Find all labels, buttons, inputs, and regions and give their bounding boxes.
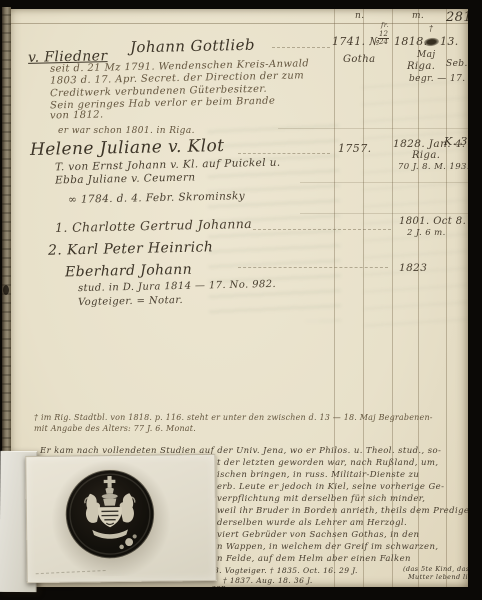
child2-name: 2. Karl Peter Heinrich	[48, 239, 213, 258]
bottom-note-line: 3. Vogteiger. † 1835. Oct. 16. 29 J.	[214, 566, 358, 575]
leader-line	[253, 229, 391, 230]
row-rule	[278, 128, 468, 129]
paragraph-fragment: erb. Leute er jedoch in Kiel, seine vorh…	[217, 482, 444, 492]
header-rule	[10, 23, 468, 24]
entry1-death-year: 1818.	[394, 35, 428, 48]
entry1-birth-fraction: 1224	[378, 31, 389, 46]
entry1-side-note: Seb.	[446, 59, 468, 69]
column-rule	[446, 9, 447, 587]
leader-line	[238, 267, 388, 268]
seal-emblem-graphic	[62, 467, 157, 562]
column-header-n: n.	[355, 11, 364, 21]
paragraph-fragment: n Wappen, in welchem der Greif im schwar…	[217, 542, 438, 552]
entry2-death-age: 70 J. 8. M. 193.	[398, 162, 468, 172]
entry2-line: T. von Ernst Johann v. Kl. auf Puickel u…	[55, 157, 281, 174]
entry2-name: Helene Juliane v. Klot	[30, 136, 225, 160]
seal-photo-card	[25, 454, 217, 583]
entry1-death-month: Maj	[417, 50, 436, 60]
entry2-birth-year: 1757.	[338, 142, 372, 155]
entry1-birth-sup: fr.	[381, 21, 389, 29]
paragraph-fragment: n Felde, auf dem Helm aber einen Falken	[217, 554, 411, 564]
entry2-line: Ebba Juliane v. Ceumern	[55, 172, 196, 187]
footnote-line: † im Rig. Stadtbl. von 1818. p. 116. ste…	[34, 413, 433, 422]
entry1-given-names: Johann Gottlieb	[130, 36, 255, 57]
paragraph-fragment: verpflichtung mit derselben für sich min…	[217, 494, 425, 504]
child1-name: 1. Charlotte Gertrud Johanna	[55, 216, 252, 235]
column-header-m: m.	[412, 11, 424, 21]
entry1-birth-year: 1741. №	[332, 35, 380, 48]
child2-study-line: stud. in D. Jura 1814 — 17. No. 982.	[78, 279, 276, 294]
child2-death-year: 1823	[399, 262, 427, 274]
overwritten-scribble	[424, 37, 440, 47]
entry1-death-cross: †	[429, 24, 433, 33]
paragraph-fragment: viert Gebrüder von Sachsen Gothas, in de…	[217, 530, 419, 540]
seal-helmet	[103, 499, 116, 506]
leader-line	[272, 47, 330, 48]
entry1-line: von 1812.	[50, 109, 104, 121]
bottom-note-line: † 1837. Aug. 18. 36 J.	[223, 576, 313, 585]
paragraph-fragment: ischen bringen, in russ. Militair-Dienst…	[217, 470, 419, 480]
child2-second-name: Eberhard Johann	[65, 262, 192, 281]
entry2-death-place: Riga.	[412, 150, 440, 161]
child2-occupation-line: Vogteiger. = Notar.	[78, 295, 183, 308]
page-number: 281.	[446, 10, 468, 25]
bottom-note-line: …gen.	[203, 583, 229, 587]
row-rule	[300, 182, 468, 183]
leader-line	[238, 153, 330, 154]
child1-death-age: 2 J. 6 m.	[407, 228, 446, 238]
paragraph-fragment: t der letzten geworden war, nach Rußland…	[217, 458, 438, 468]
ghost-writing	[361, 70, 468, 326]
entry1-death-day: 13.	[440, 35, 459, 48]
child1-death-date: 1801. Oct 8.	[399, 216, 466, 227]
entry2-marriage-line: ∞ 1784. d. 4. Febr. Skrominsky	[68, 190, 245, 206]
row-rule	[300, 213, 468, 214]
spine-blot	[3, 285, 9, 295]
scanned-register-page: { "colors": { "paper": "#e9e2cb", "ink":…	[0, 0, 482, 600]
entry1-death-place: Riga.	[407, 61, 435, 72]
entry1-birth-place: Gotha	[343, 54, 375, 65]
entry2-ref: K. 338.	[444, 135, 468, 148]
paragraph-fragment: derselben wurde als Lehrer am Herzogl.	[217, 518, 407, 528]
entry1-burial-note: begr. — 17.	[409, 74, 465, 84]
paragraph-fragment: weil ihr Bruder in Borden anrieth, theil…	[217, 506, 468, 516]
bottom-note-paren: Mutter lebend ließ?)	[408, 573, 468, 581]
footnote-line: mit Angabe des Alters: 77 J. 6. Monat.	[34, 424, 196, 433]
bottom-note-paren: (das 5te Kind, das die	[403, 565, 468, 573]
entry1-note: er war schon 1801. in Riga.	[58, 126, 195, 136]
